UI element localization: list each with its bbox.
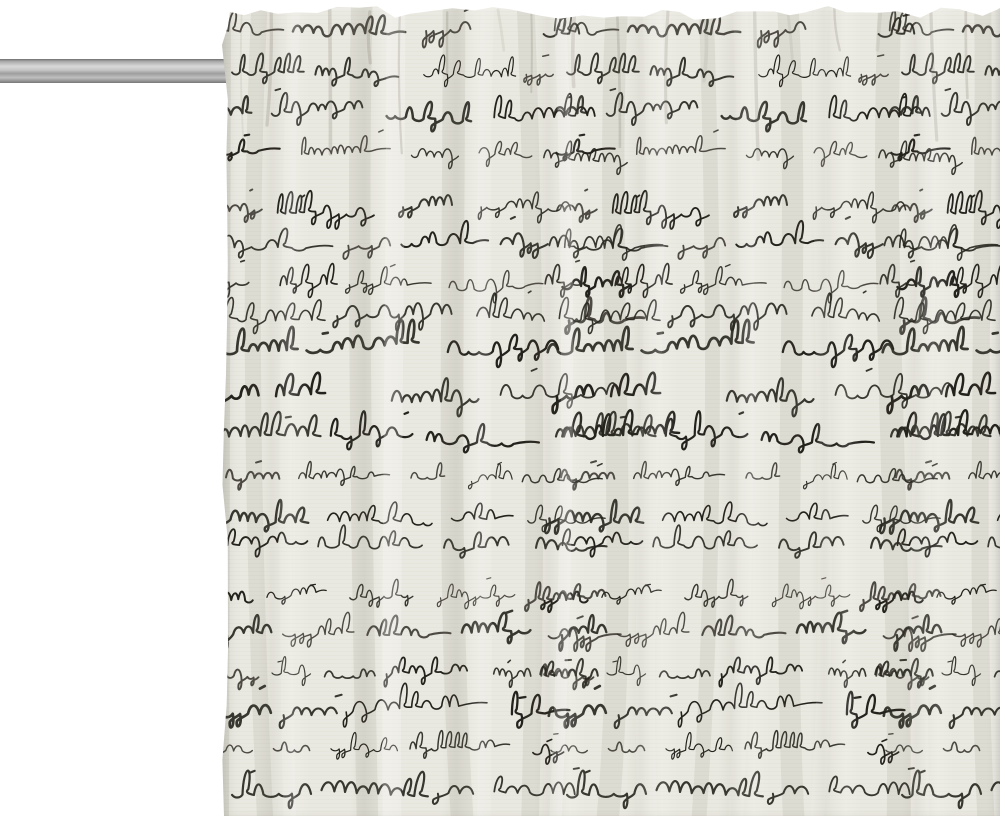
curtain-panel [218,0,1000,816]
curtain-rod [0,59,237,83]
product-photo [0,0,1000,816]
handwriting-pattern [218,0,1000,816]
